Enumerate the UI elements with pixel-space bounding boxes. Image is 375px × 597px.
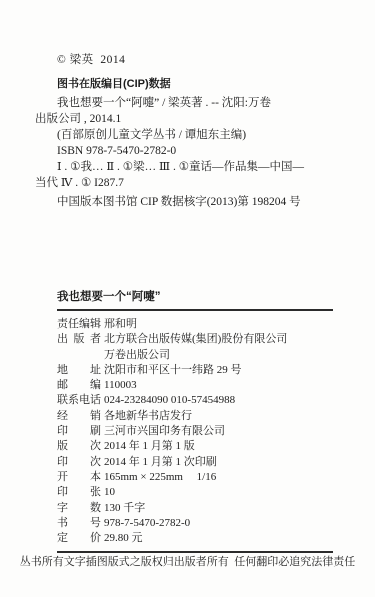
cip-description-line-2: 出版公司 , 2014.1 xyxy=(35,111,347,127)
colophon-row-wordcount: 字数 130 千字 xyxy=(57,501,333,516)
divider-top xyxy=(57,309,333,311)
row-value: 各地新华书店发行 xyxy=(104,409,333,424)
row-value: 110003 xyxy=(104,378,333,393)
colophon-row-editor: 责任编辑 邢和明 xyxy=(57,317,333,332)
colophon-row-phone: 联系电话 024-23284090 010-57454988 xyxy=(57,393,333,408)
row-label: 地址 xyxy=(57,363,101,378)
row-label: 邮编 xyxy=(57,378,101,393)
colophon-row-isbn: 书号 978-7-5470-2782-0 xyxy=(57,516,333,531)
row-value: 130 千字 xyxy=(104,501,333,516)
series-note: (百部原创儿童文学丛书 / 谭旭东主编) xyxy=(35,127,347,143)
copyright-line: © 梁英 2014 xyxy=(35,52,347,68)
row-label: 定价 xyxy=(57,531,101,546)
row-value: 2014 年 1 月第 1 次印刷 xyxy=(104,455,333,470)
row-label: 印张 xyxy=(57,485,101,500)
row-value: 978-7-5470-2782-0 xyxy=(104,516,333,531)
row-value: 2014 年 1 月第 1 版 xyxy=(104,439,333,454)
colophon-row-distribution: 经销 各地新华书店发行 xyxy=(57,409,333,424)
colophon-row-format: 开本 165mm × 225mm 1/16 xyxy=(57,470,333,485)
row-value: 29.80 元 xyxy=(104,531,333,546)
row-value: 万卷出版公司 xyxy=(104,348,333,363)
colophon-row-printing: 印次 2014 年 1 月第 1 次印刷 xyxy=(57,455,333,470)
cip-block: © 梁英 2014 图书在版编目(CIP)数据 我也想要一个“阿嚏” / 梁英著… xyxy=(35,52,347,210)
colophon-row-publisher: 出版者 北方联合出版传媒(集团)股份有限公司 xyxy=(57,332,333,347)
row-value: 024-23284090 010-57454988 xyxy=(104,393,333,408)
colophon-block: 我也想要一个“阿嚏” 责任编辑 邢和明 出版者 北方联合出版传媒(集团)股份有限… xyxy=(57,290,333,559)
book-title: 我也想要一个“阿嚏” xyxy=(57,290,333,304)
cip-description-line-1: 我也想要一个“阿嚏” / 梁英著 . -- 沈阳:万卷 xyxy=(35,95,347,111)
row-label: 经销 xyxy=(57,409,101,424)
isbn-line: ISBN 978-7-5470-2782-0 xyxy=(35,143,347,159)
row-value: 10 xyxy=(104,485,333,500)
colophon-row-postcode: 邮编 110003 xyxy=(57,378,333,393)
row-label: 印刷 xyxy=(57,424,101,439)
book-copyright-page: © 梁英 2014 图书在版编目(CIP)数据 我也想要一个“阿嚏” / 梁英著… xyxy=(0,0,375,597)
row-label: 字数 xyxy=(57,501,101,516)
classification-line-2: 当代 Ⅳ . ① I287.7 xyxy=(35,175,347,191)
colophon-row-publisher-2: 万卷出版公司 xyxy=(57,348,333,363)
cip-record-line: 中国版本图书馆 CIP 数据核字(2013)第 198204 号 xyxy=(35,194,347,210)
row-value: 北方联合出版传媒(集团)股份有限公司 xyxy=(104,332,333,347)
row-label: 版次 xyxy=(57,439,101,454)
colophon-row-address: 地址 沈阳市和平区十一纬路 29 号 xyxy=(57,363,333,378)
colophon-row-sheets: 印张 10 xyxy=(57,485,333,500)
colophon-row-edition: 版次 2014 年 1 月第 1 版 xyxy=(57,439,333,454)
row-label: 责任编辑 xyxy=(57,317,101,332)
row-label: 联系电话 xyxy=(57,393,101,408)
divider-bottom xyxy=(57,551,333,553)
row-label: 书号 xyxy=(57,516,101,531)
row-value: 三河市兴国印务有限公司 xyxy=(104,424,333,439)
cip-header: 图书在版编目(CIP)数据 xyxy=(35,76,347,92)
row-value: 165mm × 225mm 1/16 xyxy=(104,470,333,485)
colophon-row-price: 定价 29.80 元 xyxy=(57,531,333,546)
row-label: 印次 xyxy=(57,455,101,470)
row-value: 沈阳市和平区十一纬路 29 号 xyxy=(104,363,333,378)
classification-line-1: Ⅰ . ①我… Ⅱ . ①梁… Ⅲ . ①童话—作品集—中国— xyxy=(35,159,347,175)
legal-notice: 丛书所有文字插图版式之版权归出版者所有 任何翻印必追究法律责任 xyxy=(0,555,375,570)
row-value: 邢和明 xyxy=(104,317,333,332)
colophon-row-printer: 印刷 三河市兴国印务有限公司 xyxy=(57,424,333,439)
row-label: 出版者 xyxy=(57,332,101,347)
row-label: 开本 xyxy=(57,470,101,485)
